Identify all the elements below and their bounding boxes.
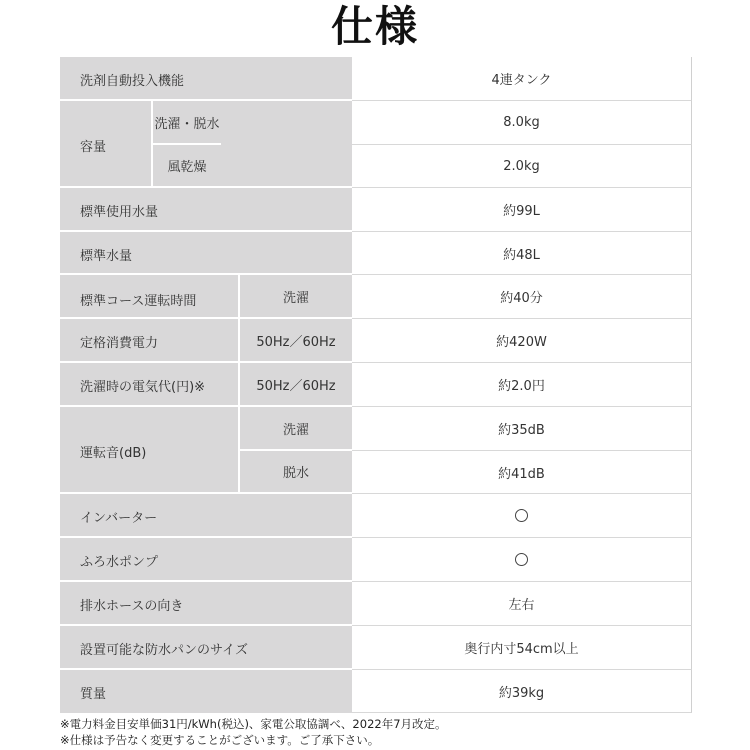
sub-label: 50Hz／60Hz	[238, 363, 352, 405]
row-value: 約39kg	[352, 670, 692, 713]
sub-label: 50Hz／60Hz	[238, 319, 352, 361]
table-row: 標準水量 約48L	[60, 232, 692, 275]
sub-label-wash-dehydrate: 洗濯・脱水	[151, 101, 221, 145]
row-value	[352, 494, 692, 538]
row-value: 約48L	[352, 232, 692, 275]
row-label: ふろ水ポンプ	[80, 551, 158, 570]
row-value: 約41dB	[352, 451, 692, 494]
row-value: 2.0kg	[352, 145, 692, 188]
row-label-cell: 標準水量	[60, 232, 352, 275]
row-label: 排水ホースの向き	[80, 595, 183, 614]
table-row: 洗濯時の電気代(円)※ 50Hz／60Hz 約2.0円	[60, 363, 692, 407]
row-label-cell: 洗濯時の電気代(円)※ 50Hz／60Hz	[60, 363, 352, 407]
row-label-cell: 洗剤自動投入機能	[60, 57, 352, 101]
row-label: 定格消費電力	[80, 332, 158, 351]
table-row: ふろ水ポンプ	[60, 538, 692, 582]
row-value	[352, 538, 692, 582]
table-row: 定格消費電力 50Hz／60Hz 約420W	[60, 319, 692, 363]
row-label: 洗濯時の電気代(円)※	[80, 376, 205, 395]
row-value: 約420W	[352, 319, 692, 363]
circle-icon	[515, 553, 528, 566]
page-title: 仕様	[0, 2, 750, 52]
sub-label-dehydrate: 脱水	[238, 451, 352, 492]
row-label: 容量	[80, 136, 106, 155]
table-row: 排水ホースの向き 左右	[60, 582, 692, 626]
table-row: インバーター	[60, 494, 692, 538]
footnotes: ※電力料金目安単価31円/kWh(税込)、家電公取協調べ、2022年7月改定。 …	[60, 716, 447, 748]
row-value: 約35dB	[352, 407, 692, 451]
sub-label: 洗濯	[238, 275, 352, 317]
row-label-cell: インバーター	[60, 494, 352, 538]
row-label: インバーター	[80, 507, 157, 526]
table-row: 運転音(dB) 洗濯 脱水 約35dB 約41dB	[60, 407, 692, 494]
row-label-cell: 定格消費電力 50Hz／60Hz	[60, 319, 352, 363]
row-value: 4連タンク	[352, 57, 692, 101]
row-label: 標準水量	[80, 245, 132, 264]
row-label: 質量	[80, 683, 106, 702]
row-label-cell: 運転音(dB) 洗濯 脱水	[60, 407, 352, 494]
sub-label-wash: 洗濯	[238, 407, 352, 451]
row-label: 標準コース運転時間	[80, 290, 196, 309]
circle-icon	[515, 509, 528, 522]
row-label-cell: 容量 洗濯・脱水 風乾燥	[60, 101, 352, 188]
table-row: 設置可能な防水パンのサイズ 奥行内寸54cm以上	[60, 626, 692, 670]
row-label-cell: 質量	[60, 670, 352, 713]
row-label: 洗剤自動投入機能	[80, 70, 184, 89]
row-value: 奥行内寸54cm以上	[352, 626, 692, 670]
row-value: 約99L	[352, 188, 692, 232]
row-value: 約40分	[352, 275, 692, 319]
row-label-cell: ふろ水ポンプ	[60, 538, 352, 582]
row-label: 設置可能な防水パンのサイズ	[80, 639, 248, 658]
row-label: 運転音(dB)	[80, 442, 146, 461]
row-value: 左右	[352, 582, 692, 626]
row-label-cell: 排水ホースの向き	[60, 582, 352, 626]
footnote-spec-change: ※仕様は予告なく変更することがございます。ご了承下さい。	[60, 732, 447, 748]
row-label: 標準使用水量	[80, 201, 158, 220]
row-label-cell: 設置可能な防水パンのサイズ	[60, 626, 352, 670]
row-label-cell: 標準コース運転時間 洗濯	[60, 275, 352, 319]
sub-label-air-dry: 風乾燥	[151, 145, 221, 186]
table-row: 質量 約39kg	[60, 670, 692, 713]
table-row: 標準使用水量 約99L	[60, 188, 692, 232]
row-label-cell: 標準使用水量	[60, 188, 352, 232]
table-row: 容量 洗濯・脱水 風乾燥 8.0kg 2.0kg	[60, 101, 692, 188]
row-value: 約2.0円	[352, 363, 692, 407]
table-row: 洗剤自動投入機能 4連タンク	[60, 57, 692, 101]
footnote-electricity-rate: ※電力料金目安単価31円/kWh(税込)、家電公取協調べ、2022年7月改定。	[60, 716, 447, 732]
row-value: 8.0kg	[352, 101, 692, 145]
table-row: 標準コース運転時間 洗濯 約40分	[60, 275, 692, 319]
